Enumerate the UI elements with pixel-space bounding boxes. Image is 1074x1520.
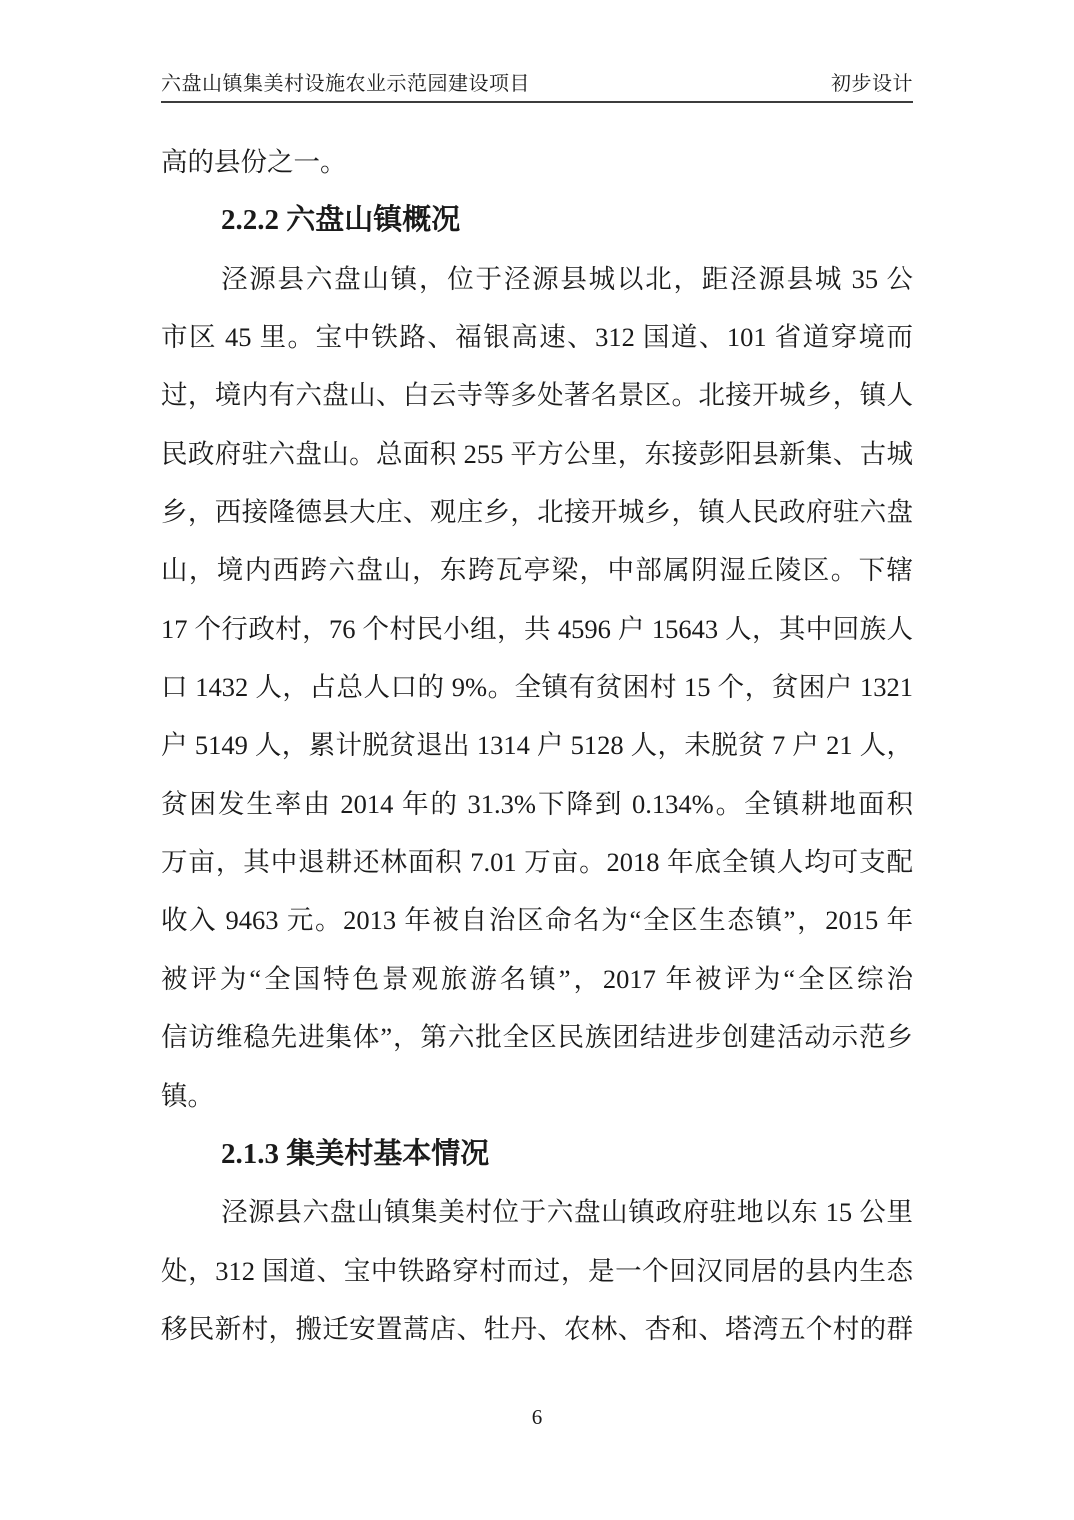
header-doc-stage: 初步设计 <box>831 72 913 96</box>
text-line: 高的县份之一。 <box>161 133 913 191</box>
text-line: 移民新村，搬迁安置蒿店、牡丹、农林、杏和、塔湾五个村的群 <box>161 1300 913 1358</box>
text-line: 信访维稳先进集体”，第六批全区民族团结进步创建活动示范乡 <box>161 1008 913 1066</box>
text-line: 民政府驻六盘山。总面积 255 平方公里，东接彭阳县新集、古城 <box>161 425 913 483</box>
text-line: 泾源县六盘山镇，位于泾源县城以北，距泾源县城 35 公里， <box>161 250 913 308</box>
text-line: 乡，西接隆德县大庄、观庄乡，北接开城乡，镇人民政府驻六盘 <box>161 483 913 541</box>
section-heading: 2.1.3 集美村基本情况 <box>161 1125 913 1183</box>
text-line: 收入 9463 元。2013 年被自治区命名为“全区生态镇”，2015 年 <box>161 891 913 949</box>
document-page: 六盘山镇集美村设施农业示范园建设项目 初步设计 高的县份之一。2.2.2 六盘山… <box>0 0 1074 1520</box>
section-heading: 2.2.2 六盘山镇概况 <box>161 191 913 249</box>
text-line: 口 1432 人，占总人口的 9%。全镇有贫困村 15 个，贫困户 1321 <box>161 658 913 716</box>
text-line: 泾源县六盘山镇集美村位于六盘山镇政府驻地以东 15 公里 <box>161 1183 913 1241</box>
text-line: 户 5149 人，累计脱贫退出 1314 户 5128 人，未脱贫 7 户 21… <box>161 716 913 774</box>
text-line: 贫困发生率由 2014 年的 31.3%下降到 0.134%。全镇耕地面积 10… <box>161 775 913 833</box>
page-header: 六盘山镇集美村设施农业示范园建设项目 初步设计 <box>161 72 913 103</box>
header-project-title: 六盘山镇集美村设施农业示范园建设项目 <box>161 72 530 96</box>
document-body: 高的县份之一。2.2.2 六盘山镇概况泾源县六盘山镇，位于泾源县城以北，距泾源县… <box>161 133 913 1358</box>
page-footer: 6 <box>0 1404 1074 1430</box>
text-line: 处，312 国道、宝中铁路穿村而过，是一个回汉同居的县内生态 <box>161 1242 913 1300</box>
text-line: 被评为“全国特色景观旅游名镇”，2017 年被评为“全区综治 <box>161 950 913 1008</box>
text-line: 山，境内西跨六盘山，东跨瓦亭梁，中部属阴湿丘陵区。下辖 <box>161 541 913 599</box>
text-line: 市区 45 里。宝中铁路、福银高速、312 国道、101 省道穿境而 <box>161 308 913 366</box>
page-number: 6 <box>532 1405 543 1429</box>
text-line: 过，境内有六盘山、白云寺等多处著名景区。北接开城乡，镇人 <box>161 366 913 424</box>
text-line: 万亩，其中退耕还林面积 7.01 万亩。2018 年底全镇人均可支配 <box>161 833 913 891</box>
text-line: 17 个行政村，76 个村民小组，共 4596 户 15643 人，其中回族人 <box>161 600 913 658</box>
text-line: 镇。 <box>161 1067 913 1125</box>
